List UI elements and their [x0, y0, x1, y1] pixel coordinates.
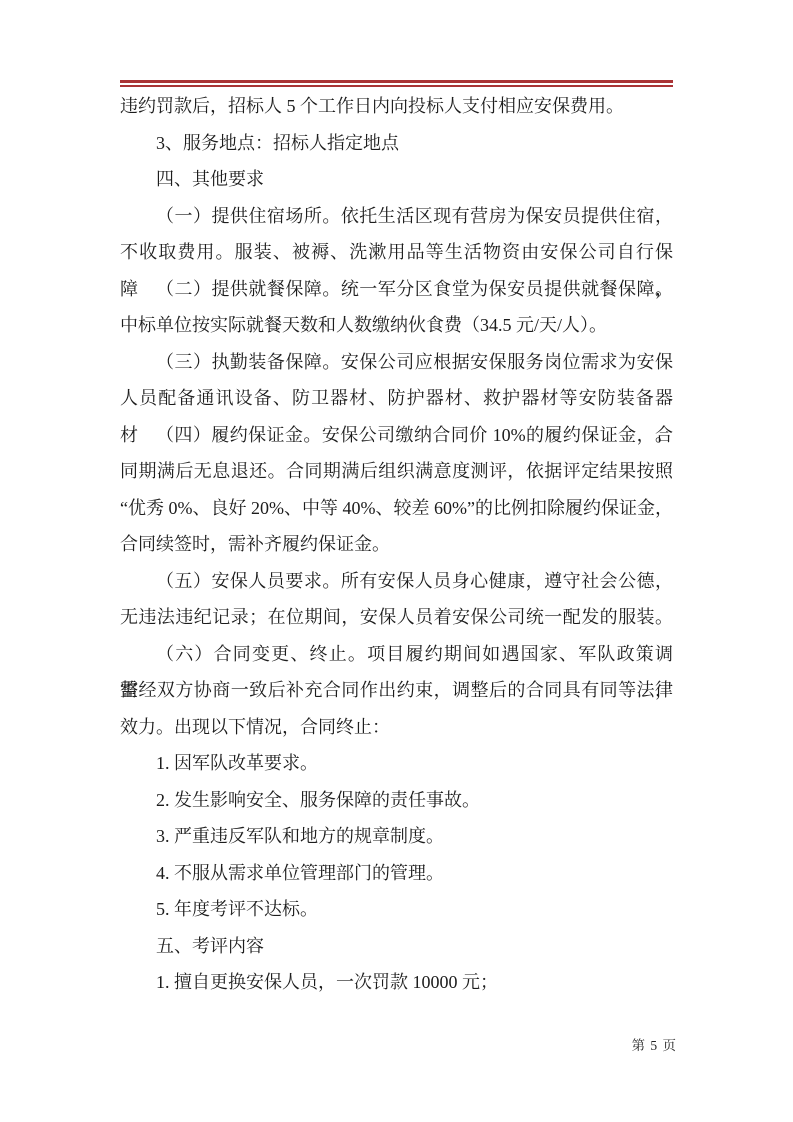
text-line: 需经双方协商一致后补充合同作出约束，调整后的合同具有同等法律	[120, 672, 673, 709]
text-line: （二）提供就餐保障。统一军分区食堂为保安员提供就餐保障，	[120, 271, 673, 308]
text-line: 违约罚款后，招标人 5 个工作日内向投标人支付相应安保费用。	[120, 88, 673, 125]
document-body-text: 违约罚款后，招标人 5 个工作日内向投标人支付相应安保费用。3、服务地点：招标人…	[120, 88, 673, 1001]
text-line: 3. 严重违反军队和地方的规章制度。	[120, 818, 673, 855]
text-line: 五、考评内容	[120, 928, 673, 965]
text-line: （六）合同变更、终止。项目履约期间如遇国家、军队政策调整，	[120, 636, 673, 673]
document-page: 违约罚款后，招标人 5 个工作日内向投标人支付相应安保费用。3、服务地点：招标人…	[0, 0, 793, 1122]
text-line: 效力。出现以下情况，合同终止：	[120, 709, 673, 746]
text-line: 2. 发生影响安全、服务保障的责任事故。	[120, 782, 673, 819]
text-line: （四）履约保证金。安保公司缴纳合同价 10%的履约保证金，合	[120, 417, 673, 454]
text-line: 四、其他要求	[120, 161, 673, 198]
text-line: 4. 不服从需求单位管理部门的管理。	[120, 855, 673, 892]
text-line: 合同续签时，需补齐履约保证金。	[120, 526, 673, 563]
text-line: “优秀 0%、良好 20%、中等 40%、较差 60%”的比例扣除履约保证金，	[120, 490, 673, 527]
text-line: （五）安保人员要求。所有安保人员身心健康，遵守社会公德，	[120, 563, 673, 600]
text-line: 不收取费用。服装、被褥、洗漱用品等生活物资由安保公司自行保障。	[120, 234, 673, 271]
text-line: 中标单位按实际就餐天数和人数缴纳伙食费（34.5 元/天/人）。	[120, 307, 673, 344]
text-line: 3、服务地点：招标人指定地点	[120, 125, 673, 162]
text-line: 无违法违纪记录；在位期间，安保人员着安保公司统一配发的服装。	[120, 599, 673, 636]
text-line: 5. 年度考评不达标。	[120, 891, 673, 928]
text-line: 1. 因军队改革要求。	[120, 745, 673, 782]
text-line: 人员配备通讯设备、防卫器材、防护器材、救护器材等安防装备器材。	[120, 380, 673, 417]
page-number-label: 第 5 页	[632, 1038, 678, 1053]
text-line: 1. 擅自更换安保人员，一次罚款 10000 元；	[120, 964, 673, 1001]
text-line: 同期满后无息退还。合同期满后组织满意度测评，依据评定结果按照	[120, 453, 673, 490]
text-line: （一）提供住宿场所。依托生活区现有营房为保安员提供住宿，	[120, 198, 673, 235]
text-line: （三）执勤装备保障。安保公司应根据安保服务岗位需求为安保	[120, 344, 673, 381]
header-double-red-rule	[120, 80, 673, 87]
page-number-footer: 第 5 页	[120, 1036, 677, 1056]
